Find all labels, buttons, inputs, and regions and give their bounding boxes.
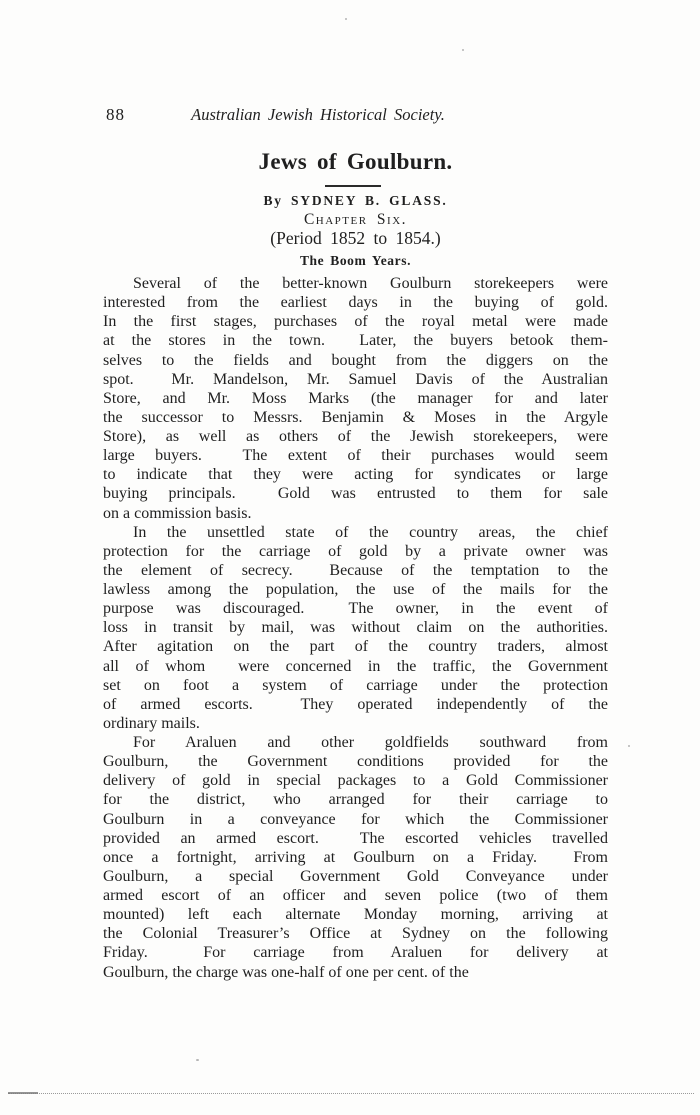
text-line: large buyers. The extent of their purcha… — [103, 446, 608, 465]
page-number: 88 — [106, 105, 125, 125]
text-line: Goulburn, the Government conditions prov… — [103, 752, 608, 771]
chapter-heading: Chapter Six. — [103, 211, 608, 229]
text-line: loss in transit by mail, was without cla… — [103, 618, 608, 637]
text-line: set on foot a system of carriage under t… — [103, 676, 608, 695]
text-line: Store), as well as others of the Jewish … — [103, 427, 608, 446]
title-rule — [325, 185, 381, 187]
text-line: Friday. For carriage from Araluen for de… — [103, 943, 608, 962]
paragraph: In the unsettled state of the country ar… — [103, 523, 608, 733]
text-line: the element of secrecy. Because of the t… — [103, 561, 608, 580]
scan-speck — [345, 18, 347, 20]
text-line: once a fortnight, arriving at Goulburn o… — [103, 848, 608, 867]
byline: By SYDNEY B. GLASS. — [103, 193, 608, 209]
scan-speck — [628, 745, 630, 747]
text-line: on a commission basis. — [103, 504, 608, 523]
text-line: provided an armed escort. The escorted v… — [103, 829, 608, 848]
text-line: For Araluen and other goldfields southwa… — [103, 733, 608, 752]
paragraph: Several of the better-known Goulburn sto… — [103, 274, 608, 523]
text-line: interested from the earliest days in the… — [103, 293, 608, 312]
text-line: the successor to Messrs. Benjamin & Mose… — [103, 408, 608, 427]
text-line: After agitation on the part of the count… — [103, 637, 608, 656]
text-line: at the stores in the town. Later, the bu… — [103, 331, 608, 350]
article-title: Jews of Goulburn. — [103, 149, 608, 175]
text-line: delivery of gold in special packages to … — [103, 771, 608, 790]
text-line: armed escort of an officer and seven pol… — [103, 886, 608, 905]
text-line: all of whom were concerned in the traffi… — [103, 657, 608, 676]
text-line: to indicate that they were acting for sy… — [103, 465, 608, 484]
text-line: In the unsettled state of the country ar… — [103, 523, 608, 542]
scan-speck — [196, 1059, 199, 1061]
text-line: lawless among the population, the use of… — [103, 580, 608, 599]
scan-artifact-mark — [8, 1092, 38, 1094]
period-heading: (Period 1852 to 1854.) — [103, 228, 608, 249]
text-line: Goulburn, a special Government Gold Conv… — [103, 867, 608, 886]
text-line: mounted) left each alternate Monday morn… — [103, 905, 608, 924]
text-line: of armed escorts. They operated independ… — [103, 695, 608, 714]
text-line: ordinary mails. — [103, 714, 608, 733]
text-line: spot. Mr. Mandelson, Mr. Samuel Davis of… — [103, 370, 608, 389]
scanned-page: 88 Australian Jewish Historical Society.… — [0, 0, 700, 1115]
running-head: Australian Jewish Historical Society. — [191, 105, 445, 125]
scan-speck — [462, 49, 464, 51]
text-line: purpose was discouraged. The owner, in t… — [103, 599, 608, 618]
article-body: Several of the better-known Goulburn sto… — [103, 274, 608, 982]
text-line: the Colonial Treasurer’s Office at Sydne… — [103, 924, 608, 943]
text-line: selves to the fields and bought from the… — [103, 351, 608, 370]
text-line: In the first stages, purchases of the ro… — [103, 312, 608, 331]
text-line: Store, and Mr. Moss Marks (the manager f… — [103, 389, 608, 408]
section-heading: The Boom Years. — [103, 253, 608, 269]
text-line: protection for the carriage of gold by a… — [103, 542, 608, 561]
scan-artifact-line — [8, 1093, 694, 1094]
text-line: Several of the better-known Goulburn sto… — [103, 274, 608, 293]
text-line: Goulburn in a conveyance for which the C… — [103, 810, 608, 829]
paragraph: For Araluen and other goldfields southwa… — [103, 733, 608, 982]
text-line: Goulburn, the charge was one-half of one… — [103, 963, 608, 982]
text-line: buying principals. Gold was entrusted to… — [103, 484, 608, 503]
text-line: for the district, who arranged for their… — [103, 790, 608, 809]
